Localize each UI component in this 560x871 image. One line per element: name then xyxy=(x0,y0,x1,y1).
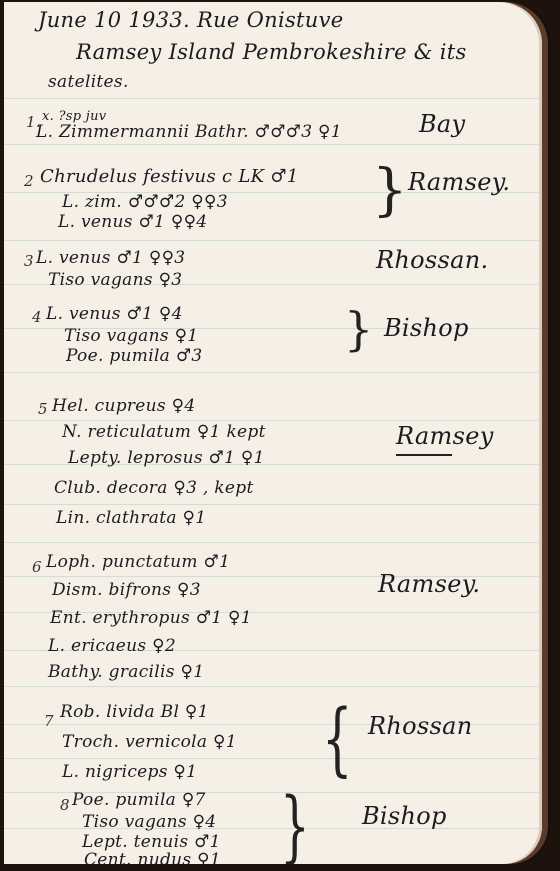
entry-number: 7 xyxy=(44,712,54,730)
location-label: Ramsey. xyxy=(408,168,510,196)
species-line: L. nigriceps ♀1 xyxy=(62,762,197,782)
species-line: Club. decora ♀3 , kept xyxy=(54,478,254,498)
entry-number: 4 xyxy=(32,308,42,326)
place-line: Ramsey Island Pembrokeshire & its xyxy=(76,40,467,64)
ruled-line xyxy=(4,542,542,543)
location-underline xyxy=(396,454,452,456)
species-line: Bathy. gracilis ♀1 xyxy=(48,662,204,682)
species-line: Cent. nudus ♀1 xyxy=(84,850,221,864)
species-line: Lepty. leprosus ♂1 ♀1 xyxy=(68,448,265,468)
species-line: L. venus ♂1 ♀4 xyxy=(46,304,183,324)
species-line: L. venus ♂1 ♀♀4 xyxy=(58,212,207,232)
date-line: June 10 1933. Rue Onistuve xyxy=(38,8,344,32)
location-label: Rhossan xyxy=(368,712,472,740)
species-line: L. venus ♂1 ♀♀3 xyxy=(36,248,185,268)
brace-icon: } xyxy=(372,158,408,223)
ruled-line xyxy=(4,420,542,421)
species-line: Hel. cupreus ♀4 xyxy=(52,396,196,416)
entry-number: 8 xyxy=(60,796,70,814)
species-line: Poe. pumila ♀7 xyxy=(72,790,206,810)
location-label: Ramsey. xyxy=(378,570,480,598)
location-label: Bishop xyxy=(384,314,469,342)
ruled-line xyxy=(4,240,542,241)
brace-icon: { xyxy=(322,692,353,785)
entry-number: 3 xyxy=(24,252,34,270)
place-line-2: satelites. xyxy=(48,72,129,92)
brace-icon: } xyxy=(280,782,310,864)
location-label: Ramsey xyxy=(396,422,494,450)
location-label: Bishop xyxy=(362,802,447,830)
species-line: Ent. erythropus ♂1 ♀1 xyxy=(50,608,252,628)
species-line: Tiso vagans ♀4 xyxy=(82,812,216,832)
species-line: N. reticulatum ♀1 kept xyxy=(62,422,266,442)
notebook-page: June 10 1933. Rue Onistuve Ramsey Island… xyxy=(4,2,542,864)
entry-number: 5 xyxy=(38,400,48,418)
species-line: Tiso vagans ♀1 xyxy=(64,326,198,346)
species-line: Lept. tenuis ♂1 xyxy=(82,832,221,852)
location-label: Rhossan. xyxy=(376,246,488,274)
brace-icon: } xyxy=(344,302,373,356)
ruled-line xyxy=(4,144,542,145)
ruled-line xyxy=(4,686,542,687)
species-line: Rob. livida Bl ♀1 xyxy=(60,702,209,722)
species-line: Tiso vagans ♀3 xyxy=(48,270,182,290)
entry-number: 2 xyxy=(24,172,34,190)
species-line: Chrudelus festivus c LK ♂1 xyxy=(40,166,299,187)
ruled-line xyxy=(4,98,542,99)
species-line: Dism. bifrons ♀3 xyxy=(52,580,201,600)
species-line: Troch. vernicola ♀1 xyxy=(62,732,237,752)
entry-number: 6 xyxy=(32,558,42,576)
species-line: L. Zimmermannii Bathr. ♂♂♂3 ♀1 xyxy=(36,122,342,142)
ruled-line xyxy=(4,372,542,373)
species-line: Poe. pumila ♂3 xyxy=(66,346,202,366)
species-line: L. ericaeus ♀2 xyxy=(48,636,176,656)
species-line: Loph. punctatum ♂1 xyxy=(46,552,230,572)
species-line: L. zim. ♂♂♂2 ♀♀3 xyxy=(62,192,228,212)
ruled-line xyxy=(4,758,542,759)
location-label: Bay xyxy=(419,110,465,138)
ruled-line xyxy=(4,504,542,505)
species-line: Lin. clathrata ♀1 xyxy=(56,508,206,528)
